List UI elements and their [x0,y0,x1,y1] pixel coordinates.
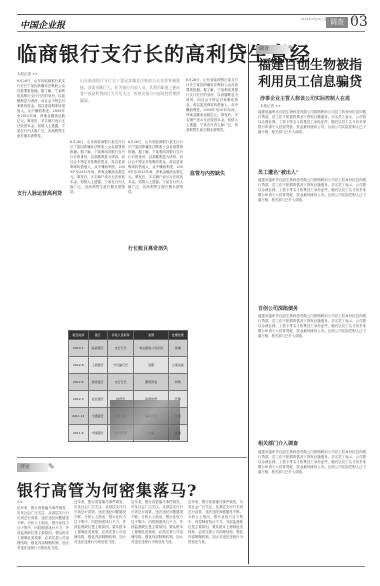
cell: 非法吸收公众存款 [134,340,168,357]
header-rule [17,31,365,32]
cell: 建设银行 [88,374,107,391]
pen-icon: ✎ [48,462,55,471]
pen-icon: ✎ [288,44,295,53]
right-subhead-1: 员工遭名“被出人” [258,169,299,176]
main-body-col-1: 6月26日，山东省临商银行某支行行长宁某因涉嫌非法吸收公众存款罪被批捕。据了解，… [17,79,65,449]
bottom-section-tag: 评论 [17,463,48,472]
cell: 2012.3 [69,391,89,408]
main-subhead-3: 监管与内控缺失 [190,170,225,177]
cell: 农业银行 [88,391,107,408]
col-header: 处理结果 [168,331,187,340]
cell: 2011.6 [69,425,89,442]
col-header: 银行 [88,331,107,340]
column-divider [248,44,249,564]
right-headline-line2: 利用员工信息骗贷 [258,75,362,91]
col-header: 案情 [134,331,168,340]
bottom-body-col-1: 近年来，银行高管落马事件频发，引发社会广泛关注。从基层支行行长到总行高管，违法违… [17,506,69,561]
cell: 2013.1 [69,340,89,357]
right-body-3: 福建省福州市百创生物科技有限公司被指利用公司员工的身份信息向银行贷款，员工在不知… [258,314,366,429]
right-subhead-2: 百创公司深陷债务 [258,305,298,312]
table-row: 2012.5 建设银行 支行行长 挪用资金 判刑 [69,374,188,391]
masthead-logo: 中国企业报 [20,18,65,31]
cell: 支行行长 [107,374,134,391]
cell: 2012.8 [69,357,89,374]
right-body-2: 福建省福州市百创生物科技有限公司被指利用公司员工的身份信息向银行贷款，员工在不知… [258,178,366,303]
table-row: 2012.8 工商银行 分行副行长 受贿 立案侦查 [69,357,188,374]
main-body-col-4: 6月26日，山东省临商银行某支行行长宁某因涉嫌非法吸收公众存款罪被批捕。据了解，… [186,78,238,448]
bottom-body-col-3: 近年来，银行高管落马事件频发，引发社会广泛关注。从基层支行行长到总行高管，违法违… [131,500,183,560]
right-section-tag: 调查 [256,45,289,54]
cell: 支行行长 [107,340,134,357]
main-lede: 山东临商银行支行长宁某因涉嫌非法吸收公众存款罪被批捕，涉案金额巨大。作为银行内部… [80,78,180,130]
cell: 挪用资金 [134,374,168,391]
cell: 2012.5 [69,374,89,391]
right-body-1: 福建省福州市百创生物科技有限公司被指利用公司员工的身份信息向银行贷款，员工在不知… [258,110,366,165]
section-label: 调查 [326,17,348,28]
bottom-byline: ×× [17,500,23,504]
table-row: 2013.1 临商银行 支行行长 非法吸收公众存款 批捕 [69,340,188,357]
cell: 2011.11 [69,408,89,425]
right-headline-line1: 福建百创生物被指 [258,58,362,74]
cell: 中国银行 [88,425,107,442]
bottom-headline: 银行高管为何密集落马? [17,478,197,501]
cell: 分行副行长 [107,357,134,374]
main-body-col-3: 6月26日，山东省临商银行某支行行长宁某因涉嫌非法吸收公众存款罪被批捕。据了解，… [128,140,183,285]
bottom-section-rule [17,457,247,458]
main-byline: 本报记者 ×× [17,72,38,77]
right-body-4: 福建省福州市百创生物科技有限公司被指利用公司员工的身份信息向银行贷款，员工在不知… [258,450,366,562]
col-header: 案发时间 [69,331,89,340]
bottom-body-col-2: 近年来，银行高管落马事件频发，引发社会广泛关注。从基层支行行长到总行高管，违法违… [74,500,126,560]
cell: 交通银行 [88,408,107,425]
main-subhead-1: 支行人脉运营高利贷 [17,190,62,197]
right-byline: 本报记者 ×× [260,104,281,109]
right-subhead-3: 相关部门介入调查 [258,440,298,447]
cell: 立案侦查 [168,357,187,374]
main-body-col-2: 6月26日，山东省临商银行某支行行长宁某因涉嫌非法吸收公众存款罪被批捕。据了解，… [70,140,125,285]
cell: 工商银行 [88,357,107,374]
right-subtitle: 涉事企业主管人称该公司实际控制人在逃 [260,95,350,102]
top-rule [17,14,365,15]
cell: 批捕 [168,340,187,357]
col-header: 涉案人员职务 [107,331,134,340]
page-number: 03 [350,14,368,30]
cell: 临商银行 [88,340,107,357]
cell: 受贿 [134,357,168,374]
bottom-body-col-4: 近年来，银行高管落马事件频发，引发社会广泛关注。从基层支行行长到总行高管，违法违… [188,500,243,560]
photo-overlay [110,400,180,440]
bottom-rule [17,566,365,567]
cell: 判刑 [168,374,187,391]
